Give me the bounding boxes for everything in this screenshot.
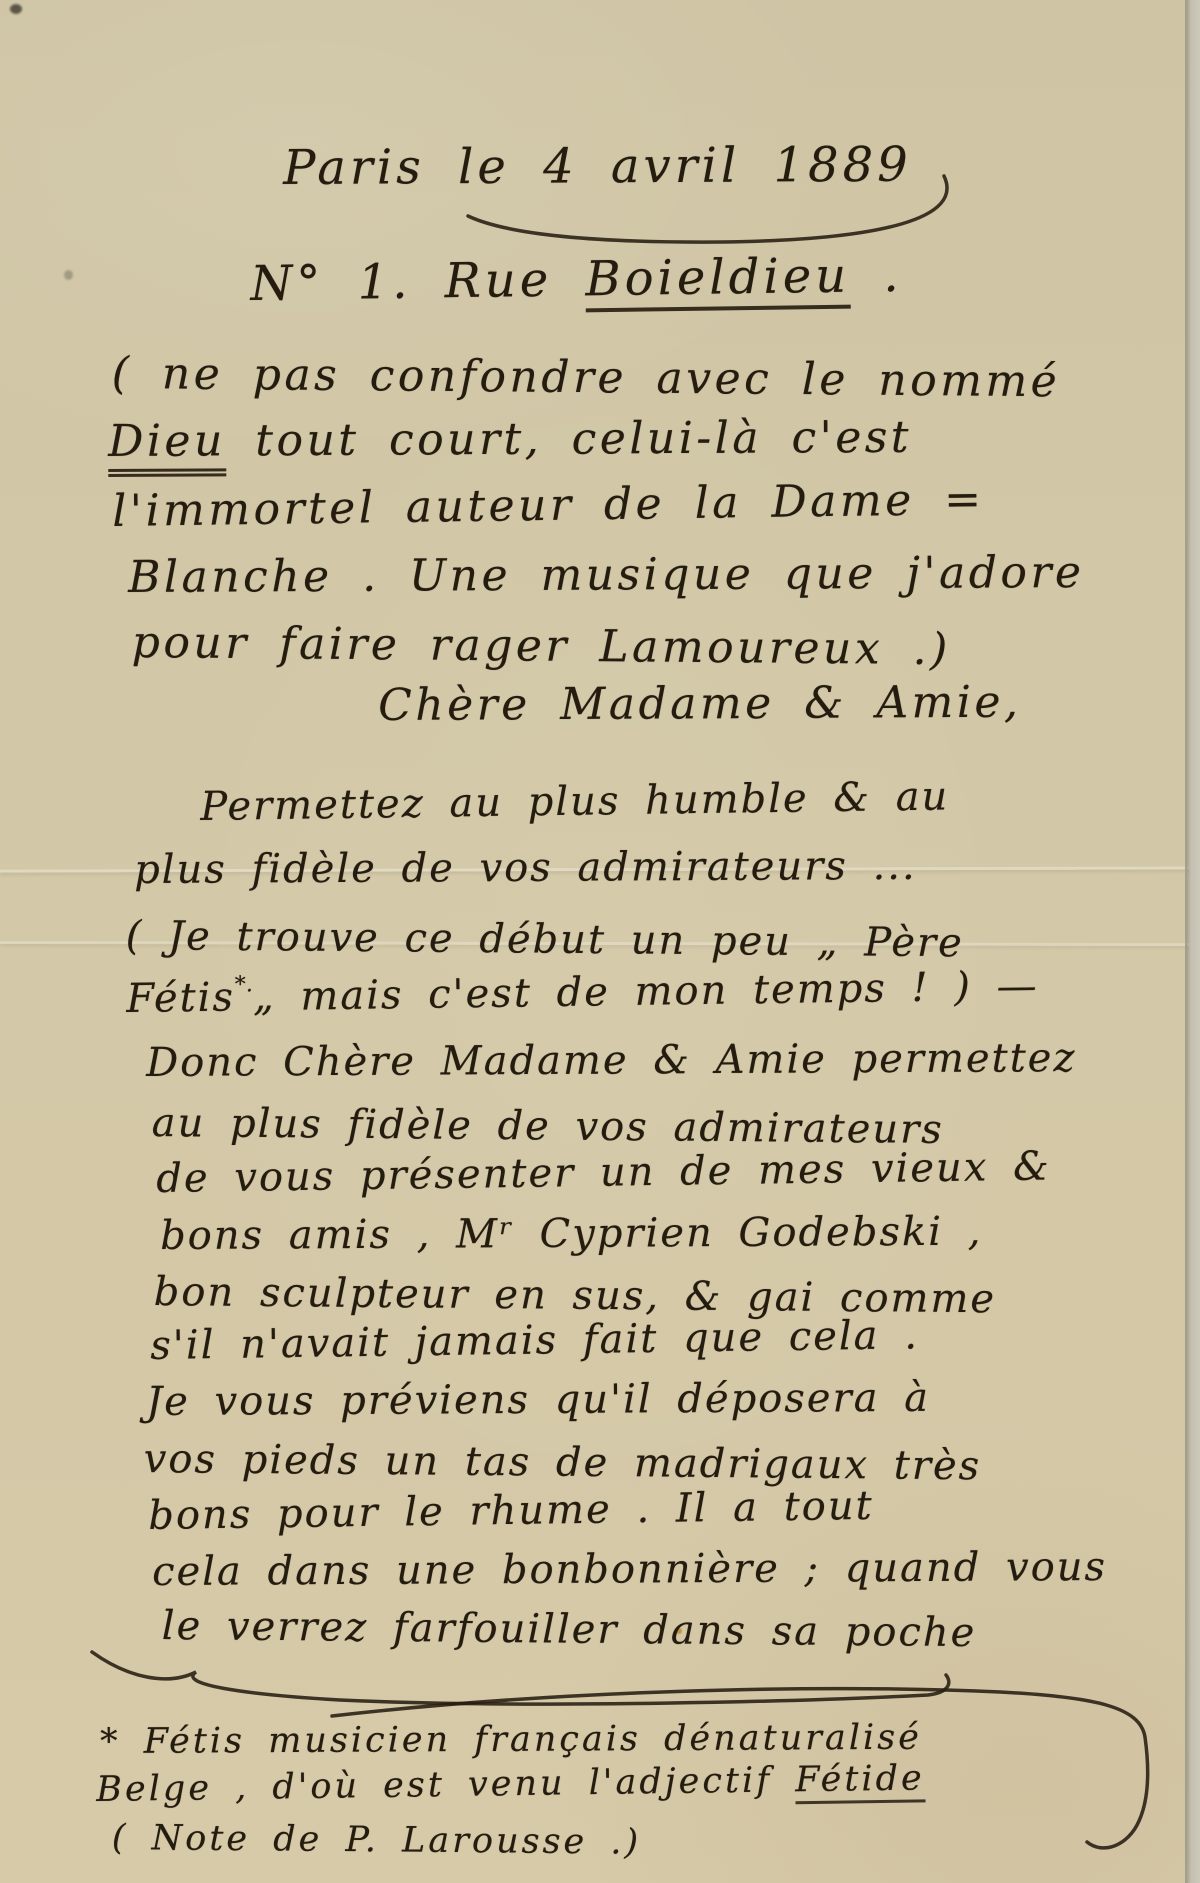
body-line-1: Permettez au plus humble & au bbox=[200, 774, 950, 830]
salutation: Chère Madame & Amie, bbox=[378, 677, 1022, 731]
aside-line-3: l'immortel auteur de la Dame = bbox=[112, 474, 985, 537]
body-line-15: le verrez farfouiller dans sa poche bbox=[162, 1603, 977, 1656]
body-line-11: Je vous préviens qu'il déposera à bbox=[146, 1375, 930, 1425]
footnote-line-3: ( Note de P. Larousse .) bbox=[112, 1818, 642, 1863]
aside-word-dieu-underlined: Dieu bbox=[108, 415, 226, 477]
address-street-underlined: Boieldieu bbox=[585, 248, 851, 313]
aside-line-2-rest: tout court, celui-là c'est bbox=[226, 412, 912, 467]
aside-line-2: Dieu tout court, celui-là c'est bbox=[108, 412, 912, 467]
body-line-6: au plus fidèle de vos admirateurs bbox=[152, 1100, 944, 1153]
body-line-7: de vous présenter un de mes vieux & bbox=[156, 1144, 1051, 1202]
footnote-word-fetide-underlined: Fétide bbox=[795, 1758, 925, 1804]
divider-flourish bbox=[92, 1652, 949, 1704]
letter-scan-page: Paris le 4 avril 1889 N° 1. Rue Boieldie… bbox=[0, 0, 1200, 1883]
footnote-line-1: * Fétis musicien français dénaturalisé bbox=[100, 1718, 922, 1762]
aside-line-4: Blanche . Une musique que j'adore bbox=[128, 547, 1085, 603]
address-prefix: N° 1. Rue bbox=[250, 251, 586, 312]
body-line-8: bons amis , Mʳ Cyprien Godebski , bbox=[160, 1209, 983, 1259]
body-line-2: plus fidèle de vos admirateurs ... bbox=[134, 843, 917, 893]
footnote-line-2: Belge , d'où est venu l'adjectif Fétide bbox=[96, 1758, 925, 1810]
body-line-13: bons pour le rhume . Il a tout bbox=[148, 1483, 874, 1539]
body-line-3: ( Je trouve ce début un peu „ Père bbox=[126, 913, 964, 966]
address-suffix: . bbox=[850, 247, 903, 304]
paper-speck bbox=[64, 270, 73, 280]
body-line-12: vos pieds un tas de madrigaux très bbox=[144, 1436, 982, 1489]
dateline: Paris le 4 avril 1889 bbox=[283, 137, 912, 196]
address-line: N° 1. Rue Boieldieu . bbox=[250, 247, 903, 312]
aside-line-1: ( ne pas confondre avec le nommé bbox=[112, 348, 1061, 407]
body-line-10: s'il n'avait jamais fait que cela . bbox=[150, 1312, 919, 1369]
footnote-line-2-pre: Belge , d'où est venu l'adjectif bbox=[96, 1760, 796, 1810]
aside-line-5: pour faire rager Lamoureux .) bbox=[132, 617, 951, 675]
body-line-4-rest: „ mais c'est de mon temps ! ) — bbox=[253, 963, 1039, 1020]
body-line-14: cela dans une bonbonnière ; quand vous bbox=[152, 1544, 1107, 1595]
body-line-5: Donc Chère Madame & Amie permettez bbox=[146, 1035, 1077, 1086]
body-word-fetis: Fétis bbox=[126, 974, 235, 1022]
body-line-4: Fétis*.„ mais c'est de mon temps ! ) — bbox=[126, 963, 1039, 1022]
paper-right-edge bbox=[1185, 0, 1200, 1883]
footnote-asterisk-mark: *. bbox=[235, 973, 253, 998]
paper-speck bbox=[10, 4, 22, 14]
